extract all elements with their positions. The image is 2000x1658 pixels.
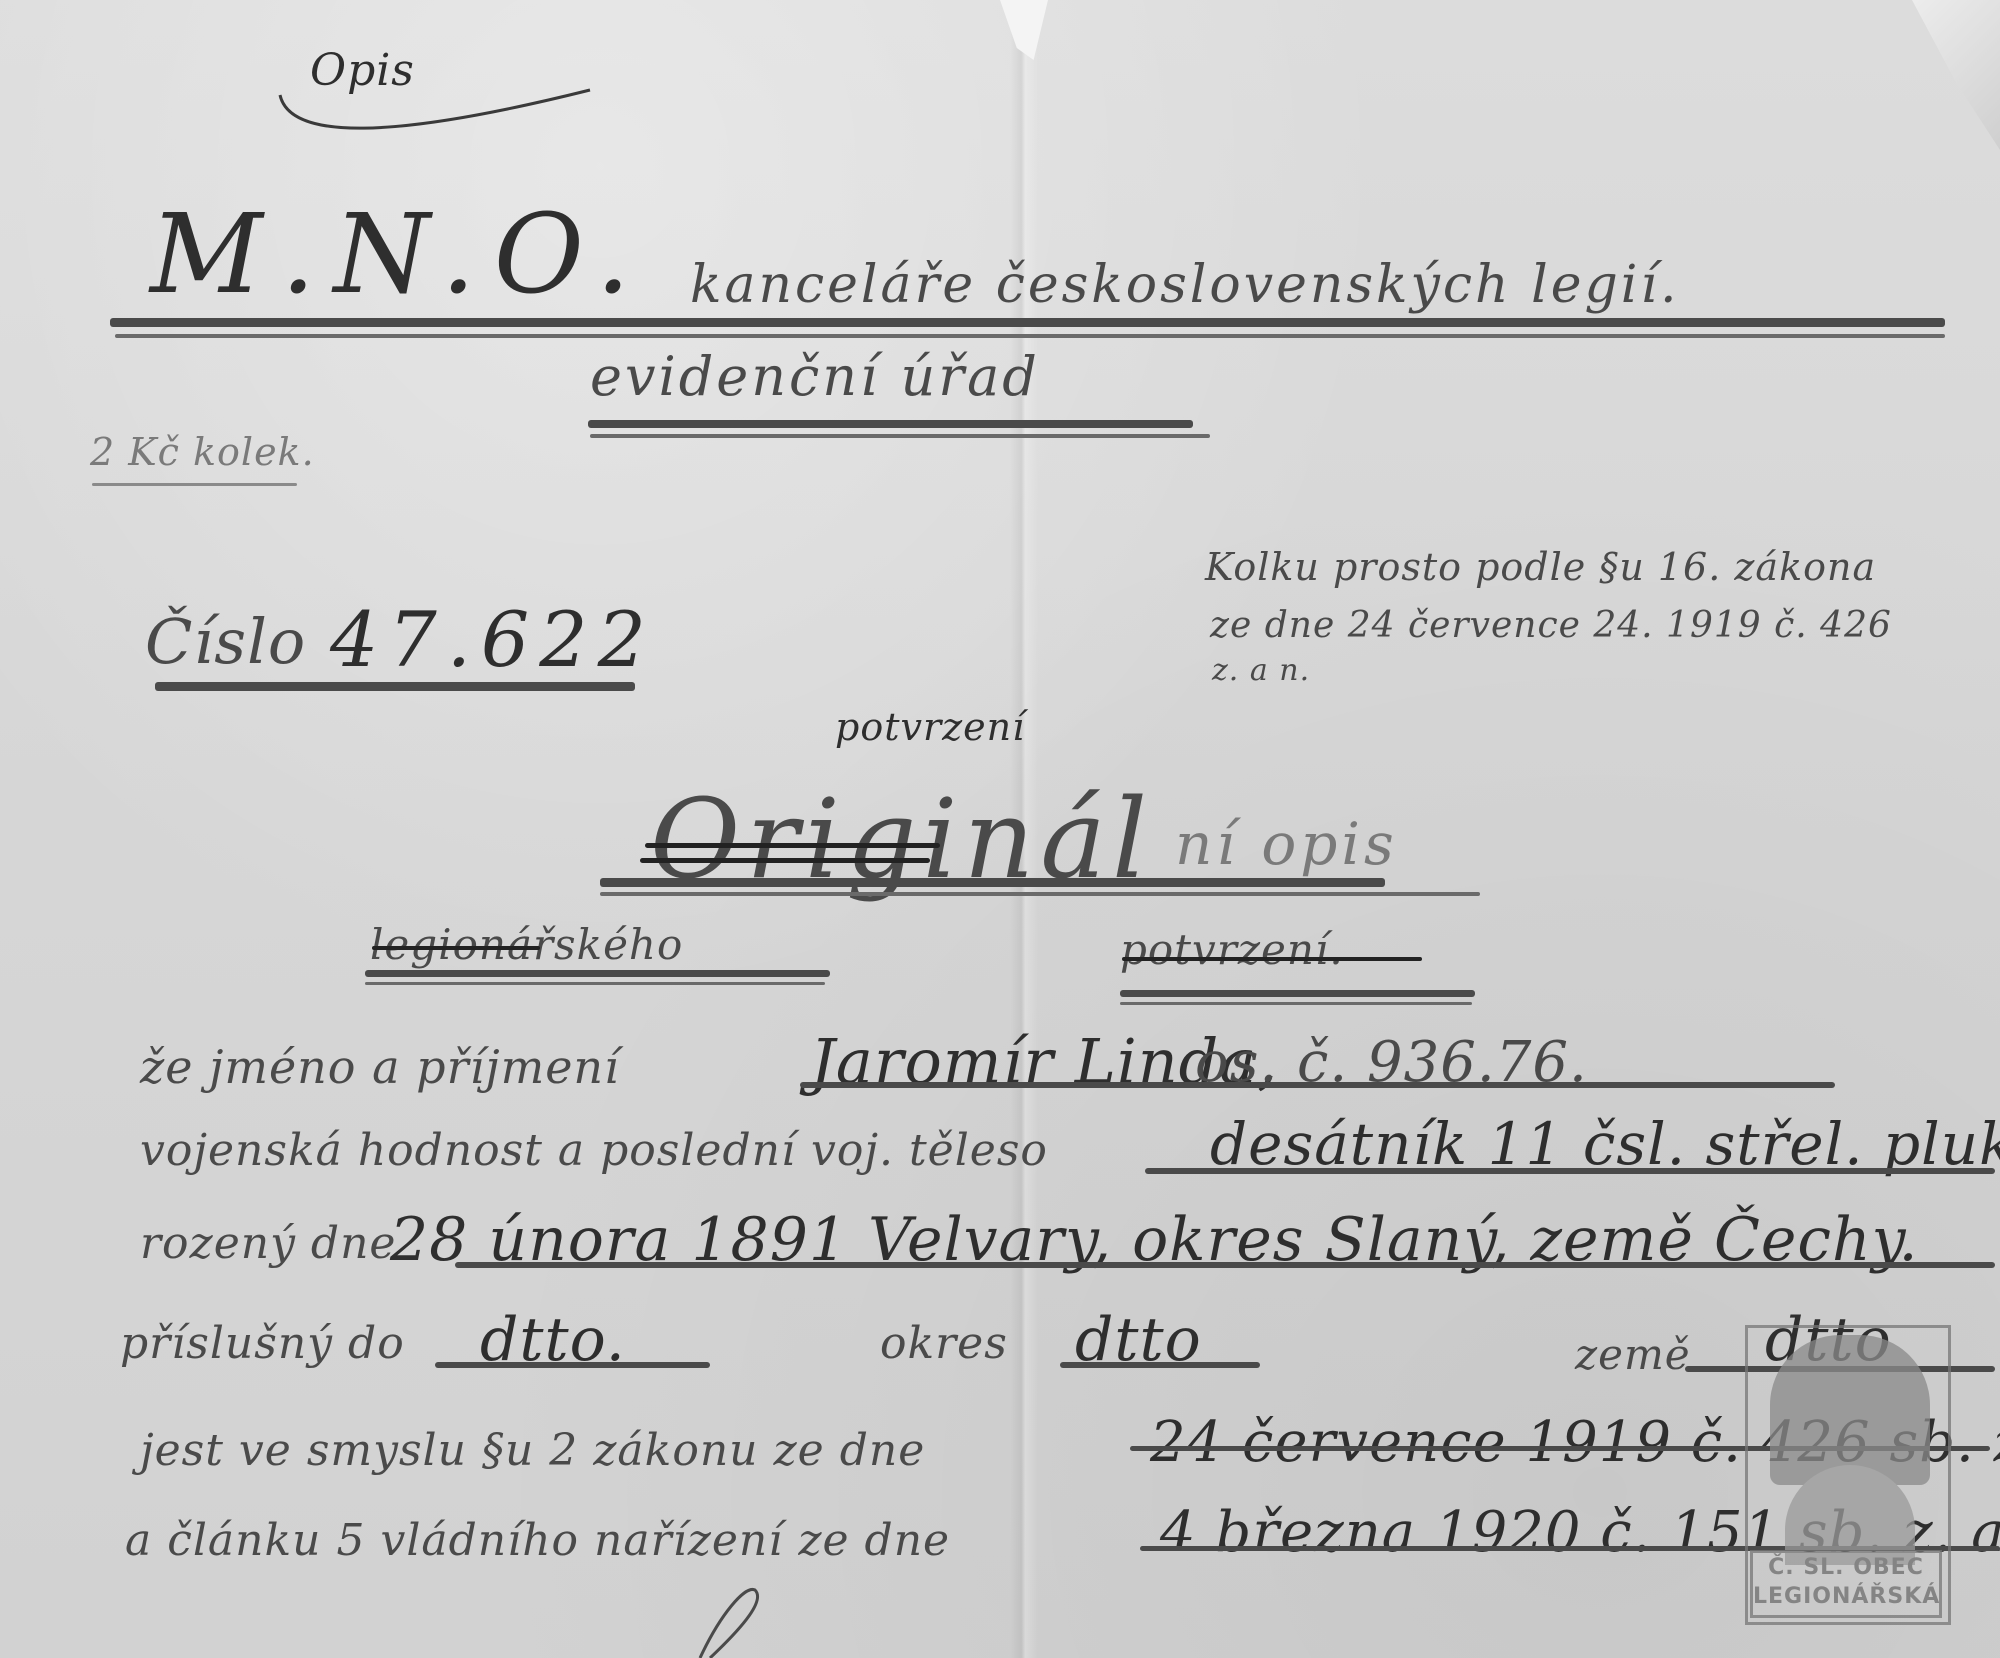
title-insertion: potvrzení — [835, 705, 1025, 749]
fee-exemption-line2: ze dne 24 července 24. 1919 č. 426 — [1210, 605, 1892, 646]
subheading: evidenční úřad — [590, 345, 1040, 408]
fee-exemption-line3: z. a n. — [1212, 653, 1310, 688]
title-rule-thick — [600, 878, 1385, 887]
number-value: 47.622 — [330, 595, 656, 684]
stamp-text-line2: LEGIONÁŘSKÁ — [1753, 1583, 1939, 1611]
number-rule — [155, 682, 635, 691]
stamp-text-box: Č. SL. OBEC LEGIONÁŘSKÁ — [1750, 1550, 1942, 1618]
struck-word-right: potvrzení. — [1120, 925, 1344, 974]
title-rule-thin — [600, 892, 1480, 896]
bottom-partial-letter — [690, 1585, 770, 1658]
struck-word-right-rule-thin — [1120, 1002, 1472, 1005]
line4-label2: okres — [880, 1318, 1008, 1369]
fee-exemption-line1: Kolku prosto podle §u 16. zákona — [1205, 545, 1876, 589]
line1-rule — [800, 1082, 1835, 1088]
struck-word-left-rule — [365, 970, 830, 977]
heading-office: kanceláře československých legií. — [690, 255, 1680, 315]
stamp-fee-underline — [92, 483, 297, 486]
line4-label3: země — [1575, 1330, 1691, 1379]
stamp-fee-note: 2 Kč kolek. — [90, 430, 315, 474]
struck-word-left: legionářského — [370, 920, 683, 969]
soldier-head-icon — [1770, 1335, 1930, 1485]
line1-label: že jméno a příjmení — [140, 1040, 620, 1094]
heading-abbr: M.N.O. — [150, 190, 648, 318]
struck-word-right-rule — [1120, 990, 1475, 997]
struck-word-left-strike — [372, 946, 540, 950]
struck-word-left-rule-thin — [365, 982, 825, 985]
number-label: Číslo — [145, 605, 306, 678]
line2-rule — [1145, 1168, 1995, 1174]
subheading-rule-thin — [590, 434, 1210, 438]
stamp-text-line1: Č. SL. OBEC — [1753, 1553, 1939, 1583]
subheading-rule-thick — [588, 420, 1193, 428]
line4-rule1 — [435, 1362, 710, 1368]
title-strike-line2 — [640, 858, 930, 863]
paper-tear — [1000, 0, 1048, 60]
title-appended: ní opis — [1175, 810, 1398, 878]
line6-label: a článku 5 vládního nařízení ze dne — [125, 1515, 950, 1566]
line5-label: jest ve smyslu §u 2 zákonu ze dne — [140, 1425, 925, 1476]
legion-association-stamp: Č. SL. OBEC LEGIONÁŘSKÁ — [1745, 1325, 1955, 1630]
line4-label: příslušný do — [120, 1318, 405, 1369]
copy-mark-swoosh — [270, 80, 610, 140]
heading-rule-thick — [110, 318, 1945, 327]
document-page: Opis M.N.O. kanceláře československých l… — [0, 0, 2000, 1658]
line3-label: rozený dne — [140, 1218, 396, 1269]
paper-corner-fold — [1890, 0, 2000, 150]
title-strike-line1 — [645, 843, 940, 848]
heading-rule-thin — [115, 334, 1945, 338]
struck-word-right-strike — [1122, 957, 1422, 961]
line3-rule — [455, 1262, 1995, 1268]
line4-rule2 — [1060, 1362, 1260, 1368]
line2-label: vojenská hodnost a poslední voj. těleso — [140, 1125, 1048, 1176]
